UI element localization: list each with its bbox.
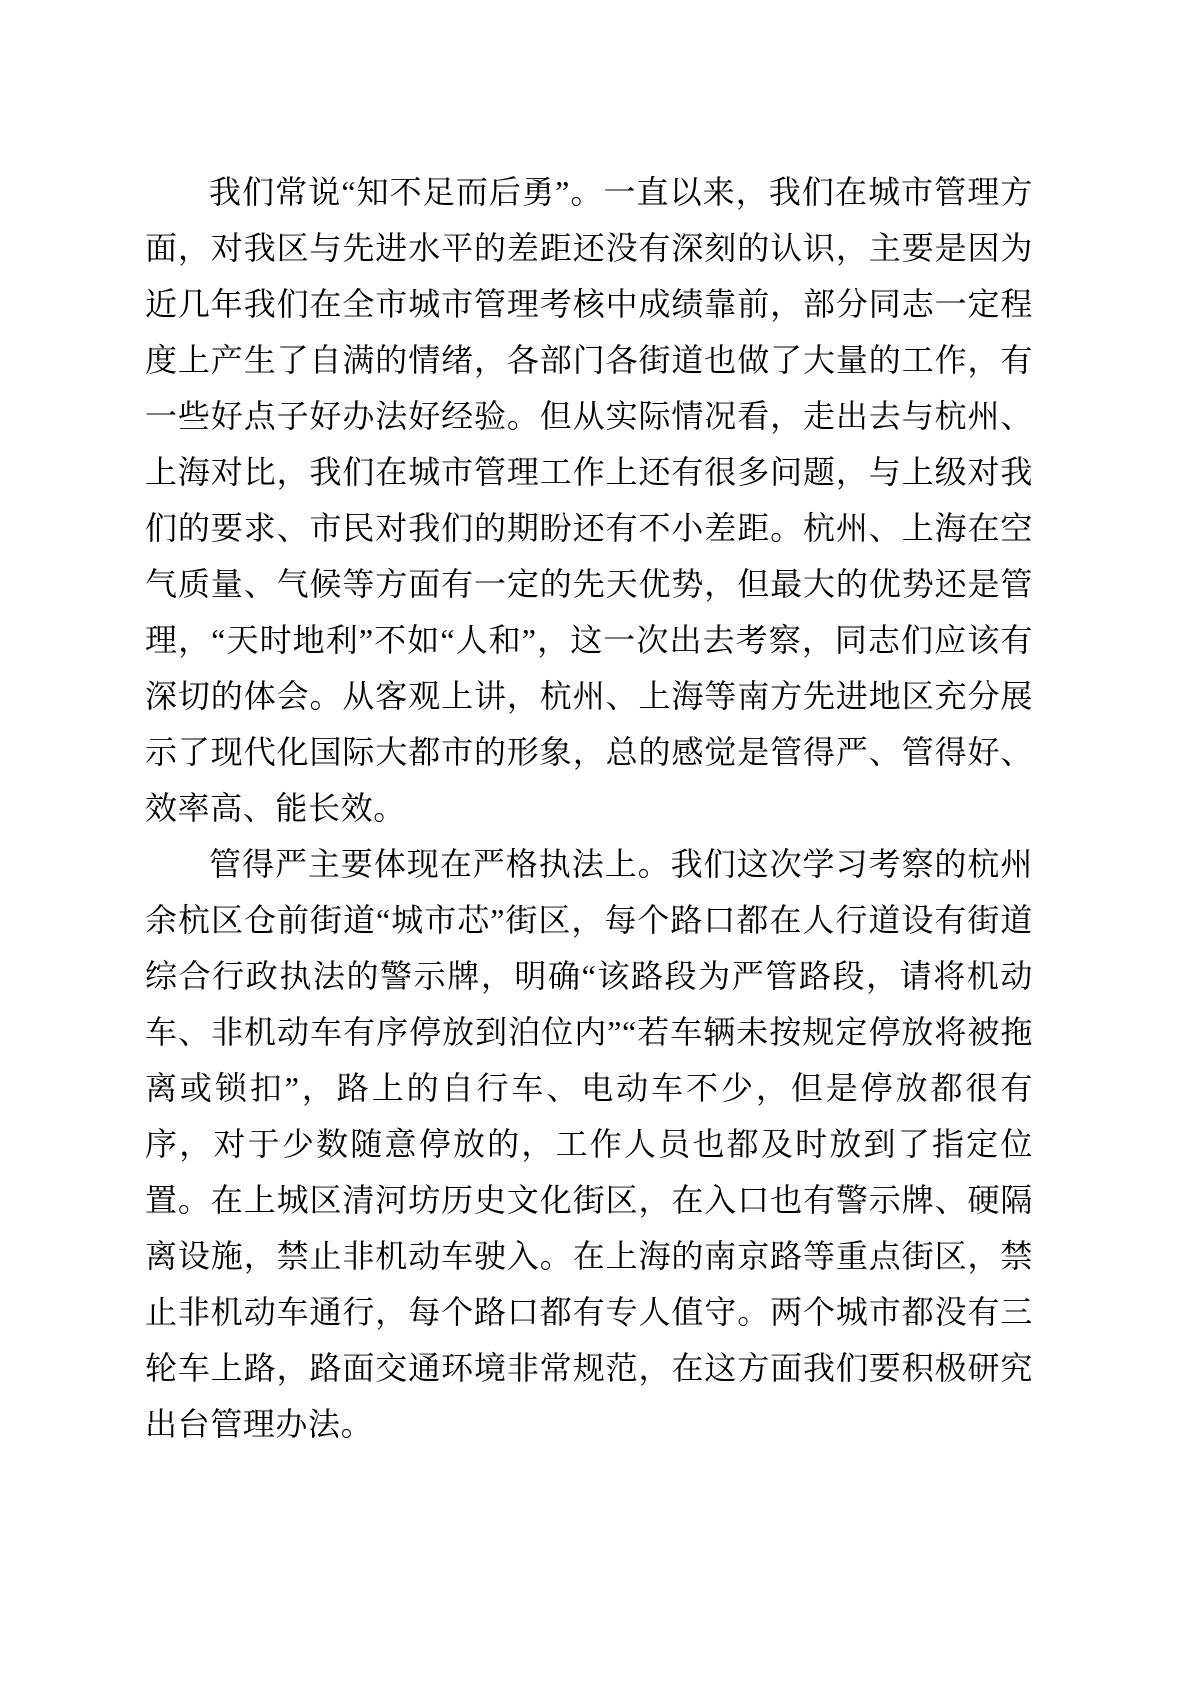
paragraph-city-management-gap: 我们常说“知不足而后勇”。一直以来，我们在城市管理方面，对我区与先进水平的差距还… <box>145 164 1033 836</box>
document-page: 我们常说“知不足而后勇”。一直以来，我们在城市管理方面，对我区与先进水平的差距还… <box>0 0 1190 1683</box>
paragraph-strict-enforcement: 管得严主要体现在严格执法上。我们这次学习考察的杭州余杭区仓前街道“城市芯”街区，… <box>145 836 1033 1452</box>
document-text-block: 我们常说“知不足而后勇”。一直以来，我们在城市管理方面，对我区与先进水平的差距还… <box>145 164 1033 1452</box>
